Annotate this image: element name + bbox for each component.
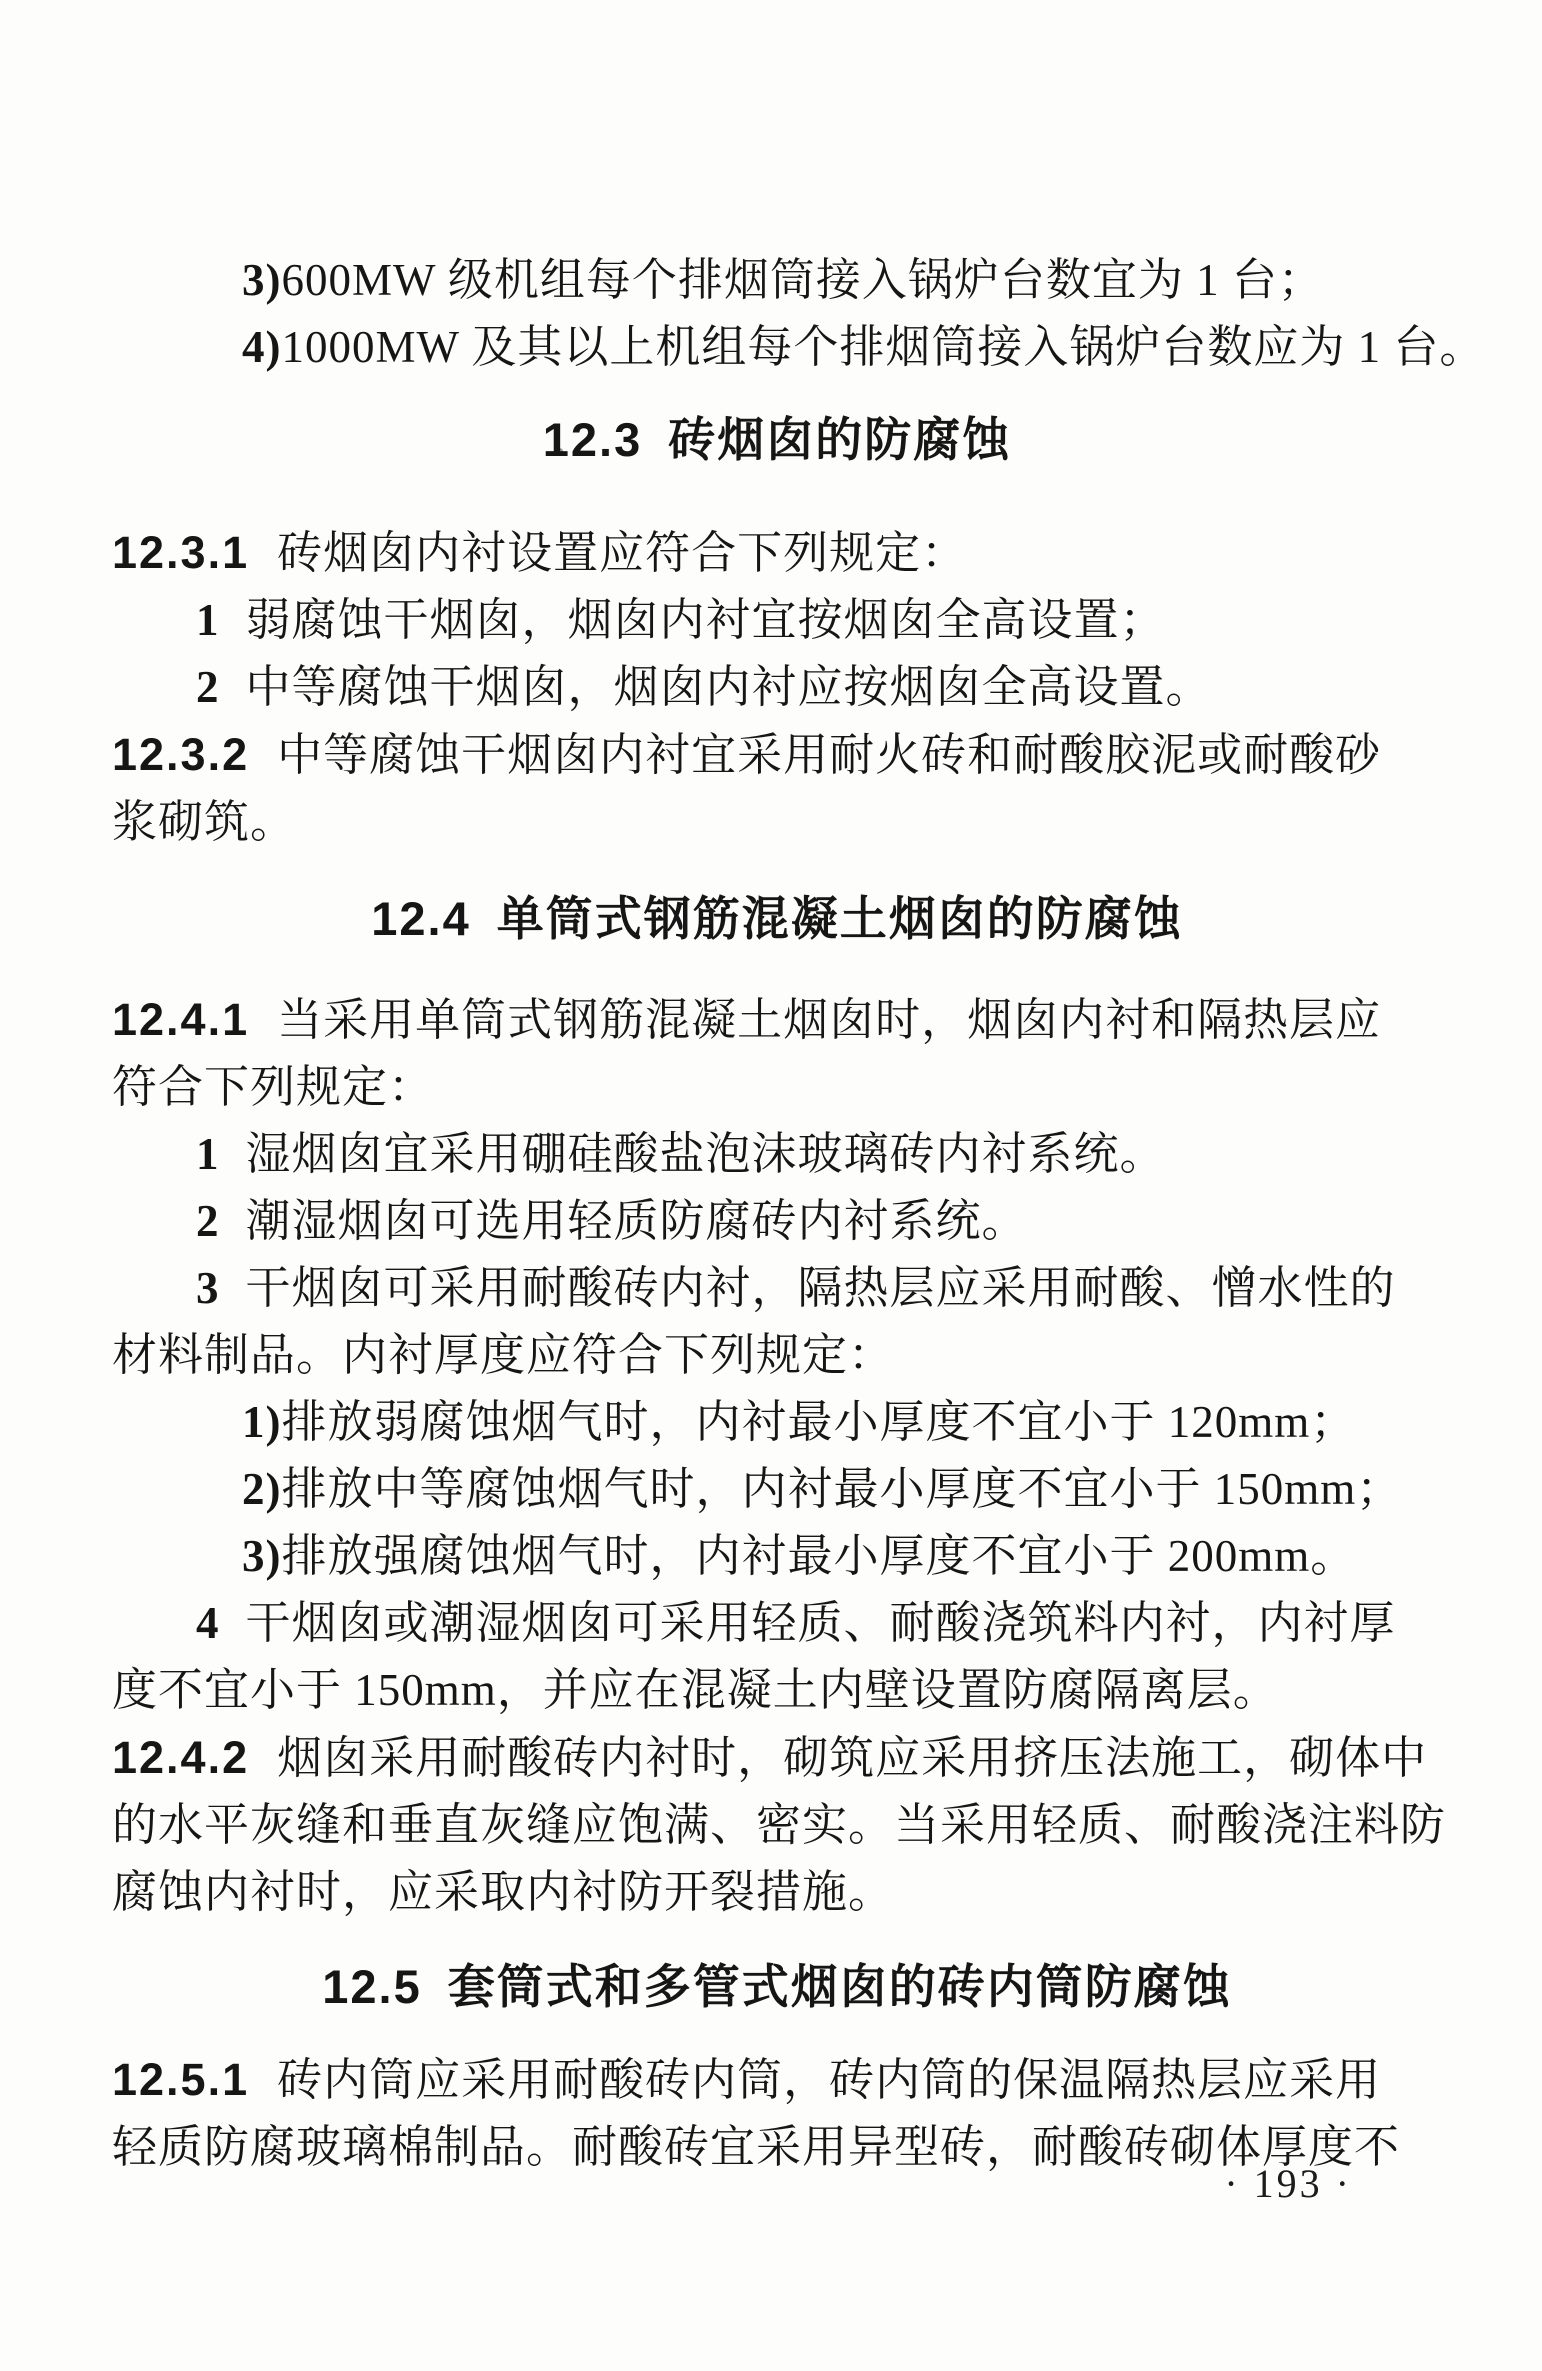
clause-text: 干烟囱或潮湿烟囱可采用轻质、耐酸浇筑料内衬，内衬厚 [246,1598,1396,1648]
clause-text: 中等腐蚀干烟囱，烟囱内衬应按烟囱全高设置。 [246,662,1212,712]
clause-line: 1弱腐蚀干烟囱，烟囱内衬宜按烟囱全高设置； [112,587,1442,654]
clause-text: 湿烟囱宜采用硼硅酸盐泡沫玻璃砖内衬系统。 [246,1129,1166,1179]
clause-label: 1 [196,595,220,645]
clause-line: 材料制品。内衬厚度应符合下列规定： [112,1322,1442,1389]
clause-label: 2 [196,1196,220,1246]
clause-label: 12.3.2 [112,729,249,780]
clause-text: 排放弱腐蚀烟气时，内衬最小厚度不宜小于 120mm； [282,1397,1357,1447]
clause-line: 腐蚀内衬时，应采取内衬防开裂措施。 [112,1859,1442,1926]
clause-text: 轻质防腐玻璃棉制品。耐酸砖宜采用异型砖，耐酸砖砌体厚度不 [112,2122,1400,2172]
section-heading-12-5: 12.5套筒式和多管式烟囱的砖内筒防腐蚀 [112,1956,1442,2018]
clause-line: 12.4.1当采用单筒式钢筋混凝土烟囱时，烟囱内衬和隔热层应 [112,986,1442,1054]
clause-line: 2潮湿烟囱可选用轻质防腐砖内衬系统。 [112,1188,1442,1255]
clause-label: 2 [196,662,220,712]
clause-line: 3)600MW 级机组每个排烟筒接入锅炉台数宜为 1 台； [112,247,1442,314]
clause-line: 浆砌筑。 [112,789,1442,856]
clause-line: 2中等腐蚀干烟囱，烟囱内衬应按烟囱全高设置。 [112,654,1442,721]
clause-line: 符合下列规定： [112,1054,1442,1121]
clause-label: 4) [242,322,282,372]
clause-text: 当采用单筒式钢筋混凝土烟囱时，烟囱内衬和隔热层应 [277,995,1381,1045]
clause-text: 材料制品。内衬厚度应符合下列规定： [112,1330,894,1380]
section-number: 12.3 [543,413,642,466]
clause-line: 3干烟囱可采用耐酸砖内衬，隔热层应采用耐酸、憎水性的 [112,1255,1442,1322]
section-title: 砖烟囱的防腐蚀 [668,413,1011,466]
clause-text: 的水平灰缝和垂直灰缝应饱满、密实。当采用轻质、耐酸浇注料防 [112,1800,1446,1850]
clause-line: 12.3.2中等腐蚀干烟囱内衬宜采用耐火砖和耐酸胶泥或耐酸砂 [112,721,1442,789]
clause-text: 度不宜小于 150mm，并应在混凝土内壁设置防腐隔离层。 [112,1665,1279,1715]
clause-line: 4)1000MW 及其以上机组每个排烟筒接入锅炉台数应为 1 台。 [112,314,1442,381]
clause-text: 干烟囱可采用耐酸砖内衬，隔热层应采用耐酸、憎水性的 [246,1263,1396,1313]
clause-text: 腐蚀内衬时，应采取内衬防开裂措施。 [112,1867,894,1917]
clause-text: 烟囱采用耐酸砖内衬时，砌筑应采用挤压法施工，砌体中 [277,1733,1427,1783]
clause-label: 12.4.1 [112,994,249,1045]
section-number: 12.5 [322,1960,421,2013]
clause-label: 3) [242,255,282,305]
clause-label: 1) [242,1397,282,1447]
clause-text: 600MW 级机组每个排烟筒接入锅炉台数宜为 1 台； [282,255,1324,305]
page-number: · 193 · [1224,2160,1352,2207]
clause-text: 1000MW 及其以上机组每个排烟筒接入锅炉台数应为 1 台。 [282,322,1486,372]
clause-line: 的水平灰缝和垂直灰缝应饱满、密实。当采用轻质、耐酸浇注料防 [112,1792,1442,1859]
clause-line: 12.5.1砖内筒应采用耐酸砖内筒，砖内筒的保温隔热层应采用 [112,2046,1442,2114]
section-heading-12-4: 12.4单筒式钢筋混凝土烟囱的防腐蚀 [112,888,1442,950]
clause-text: 排放中等腐蚀烟气时，内衬最小厚度不宜小于 150mm； [282,1464,1403,1514]
clause-line: 4干烟囱或潮湿烟囱可采用轻质、耐酸浇筑料内衬，内衬厚 [112,1590,1442,1657]
clause-text: 排放强腐蚀烟气时，内衬最小厚度不宜小于 200mm。 [282,1531,1357,1581]
clause-text: 弱腐蚀干烟囱，烟囱内衬宜按烟囱全高设置； [246,595,1166,645]
clause-label: 4 [196,1598,220,1648]
clause-line: 1湿烟囱宜采用硼硅酸盐泡沫玻璃砖内衬系统。 [112,1121,1442,1188]
clause-text: 浆砌筑。 [112,797,296,847]
clause-label: 1 [196,1129,220,1179]
clause-text: 砖内筒应采用耐酸砖内筒，砖内筒的保温隔热层应采用 [277,2055,1381,2105]
clause-line: 3)排放强腐蚀烟气时，内衬最小厚度不宜小于 200mm。 [112,1523,1442,1590]
document-page: 3)600MW 级机组每个排烟筒接入锅炉台数宜为 1 台； 4)1000MW 及… [0,0,1542,2371]
clause-line: 12.3.1砖烟囱内衬设置应符合下列规定： [112,519,1442,587]
clause-line: 1)排放弱腐蚀烟气时，内衬最小厚度不宜小于 120mm； [112,1389,1442,1456]
clause-label: 3 [196,1263,220,1313]
clause-text: 潮湿烟囱可选用轻质防腐砖内衬系统。 [246,1196,1028,1246]
clause-text: 砖烟囱内衬设置应符合下列规定： [277,528,967,578]
section-heading-12-3: 12.3砖烟囱的防腐蚀 [112,409,1442,471]
section-number: 12.4 [371,892,470,945]
clause-text: 符合下列规定： [112,1062,434,1112]
clause-line: 12.4.2烟囱采用耐酸砖内衬时，砌筑应采用挤压法施工，砌体中 [112,1724,1442,1792]
section-title: 单筒式钢筋混凝土烟囱的防腐蚀 [497,892,1183,945]
clause-text: 中等腐蚀干烟囱内衬宜采用耐火砖和耐酸胶泥或耐酸砂 [277,730,1381,780]
page-body: 3)600MW 级机组每个排烟筒接入锅炉台数宜为 1 台； 4)1000MW 及… [112,247,1442,2181]
section-title: 套筒式和多管式烟囱的砖内筒防腐蚀 [448,1960,1232,2013]
clause-label: 12.4.2 [112,1732,249,1783]
clause-line: 度不宜小于 150mm，并应在混凝土内壁设置防腐隔离层。 [112,1657,1442,1724]
clause-label: 2) [242,1464,282,1514]
clause-label: 12.5.1 [112,2054,249,2105]
clause-label: 3) [242,1531,282,1581]
clause-label: 12.3.1 [112,527,249,578]
clause-line: 2)排放中等腐蚀烟气时，内衬最小厚度不宜小于 150mm； [112,1456,1442,1523]
